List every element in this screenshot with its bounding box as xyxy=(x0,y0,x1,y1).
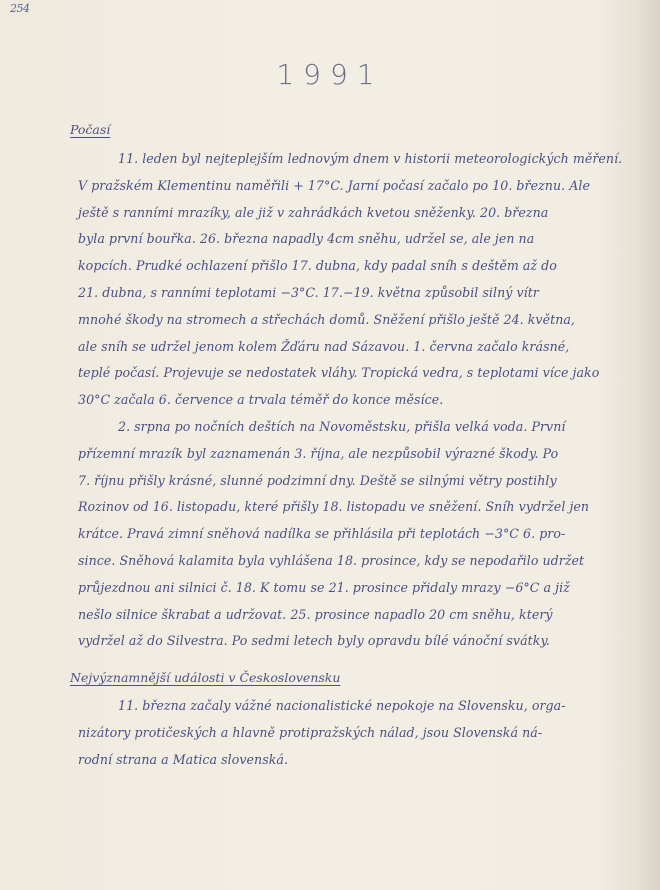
text-line: byla první bouřka. 26. března napadly 4c… xyxy=(78,226,648,253)
section-body-events: 11. března začaly vážné nacionalistické … xyxy=(78,693,648,773)
text-line: 30°C začala 6. července a trvala téměř d… xyxy=(78,387,648,414)
text-line: 11. března začaly vážné nacionalistické … xyxy=(78,693,648,720)
text-line: kopcích. Prudké ochlazení přišlo 17. dub… xyxy=(78,253,648,280)
text-line: přízemní mrazík byl zaznamenán 3. října,… xyxy=(78,441,648,468)
paragraph: 11. leden byl nejteplejším lednovým dnem… xyxy=(78,146,648,414)
text-line: 21. dubna, s ranními teplotami −3°C. 17.… xyxy=(78,280,648,307)
paragraph: 11. března začaly vážné nacionalistické … xyxy=(78,693,648,773)
text-line: ještě s ranními mrazíky, ale již v zahrá… xyxy=(78,200,648,227)
text-line: průjezdnou ani silnici č. 18. K tomu se … xyxy=(78,575,648,602)
text-line: krátce. Pravá zimní sněhová nadílka se p… xyxy=(78,521,648,548)
text-line: teplé počasí. Projevuje se nedostatek vl… xyxy=(78,360,648,387)
text-line: rodní strana a Matica slovenská. xyxy=(78,747,648,774)
text-line: mnohé škody na stromech a střechách domů… xyxy=(78,307,648,334)
text-line: vydržel až do Silvestra. Po sedmi letech… xyxy=(78,628,648,655)
section-body-weather: 11. leden byl nejteplejším lednovým dnem… xyxy=(78,146,648,655)
page-title: 1991 xyxy=(0,58,660,91)
text-line: 7. říjnu přišly krásné, slunné podzimní … xyxy=(78,468,648,495)
text-line: V pražském Klementinu naměřili + 17°C. J… xyxy=(78,173,648,200)
text-line: nizátory protičeských a hlavně protipraž… xyxy=(78,720,648,747)
text-line: 2. srpna po nočních deštích na Novoměsts… xyxy=(78,414,648,441)
text-line: since. Sněhová kalamita byla vyhlášena 1… xyxy=(78,548,648,575)
text-line: Rozinov od 16. listopadu, které přišly 1… xyxy=(78,494,648,521)
page-number: 254 xyxy=(10,2,30,15)
text-line: nešlo silnice škrabat a udržovat. 25. pr… xyxy=(78,602,648,629)
text-line: 11. leden byl nejteplejším lednovým dnem… xyxy=(78,146,648,173)
chronicle-page: 254 1991 Počasí 11. leden byl nejteplejš… xyxy=(0,0,660,890)
paragraph: 2. srpna po nočních deštích na Novoměsts… xyxy=(78,414,648,655)
text-line: ale sníh se udržel jenom kolem Žďáru nad… xyxy=(78,334,648,361)
section-heading-weather: Počasí xyxy=(70,122,110,137)
section-heading-events: Nejvýznamnější události v Československu xyxy=(70,670,340,685)
